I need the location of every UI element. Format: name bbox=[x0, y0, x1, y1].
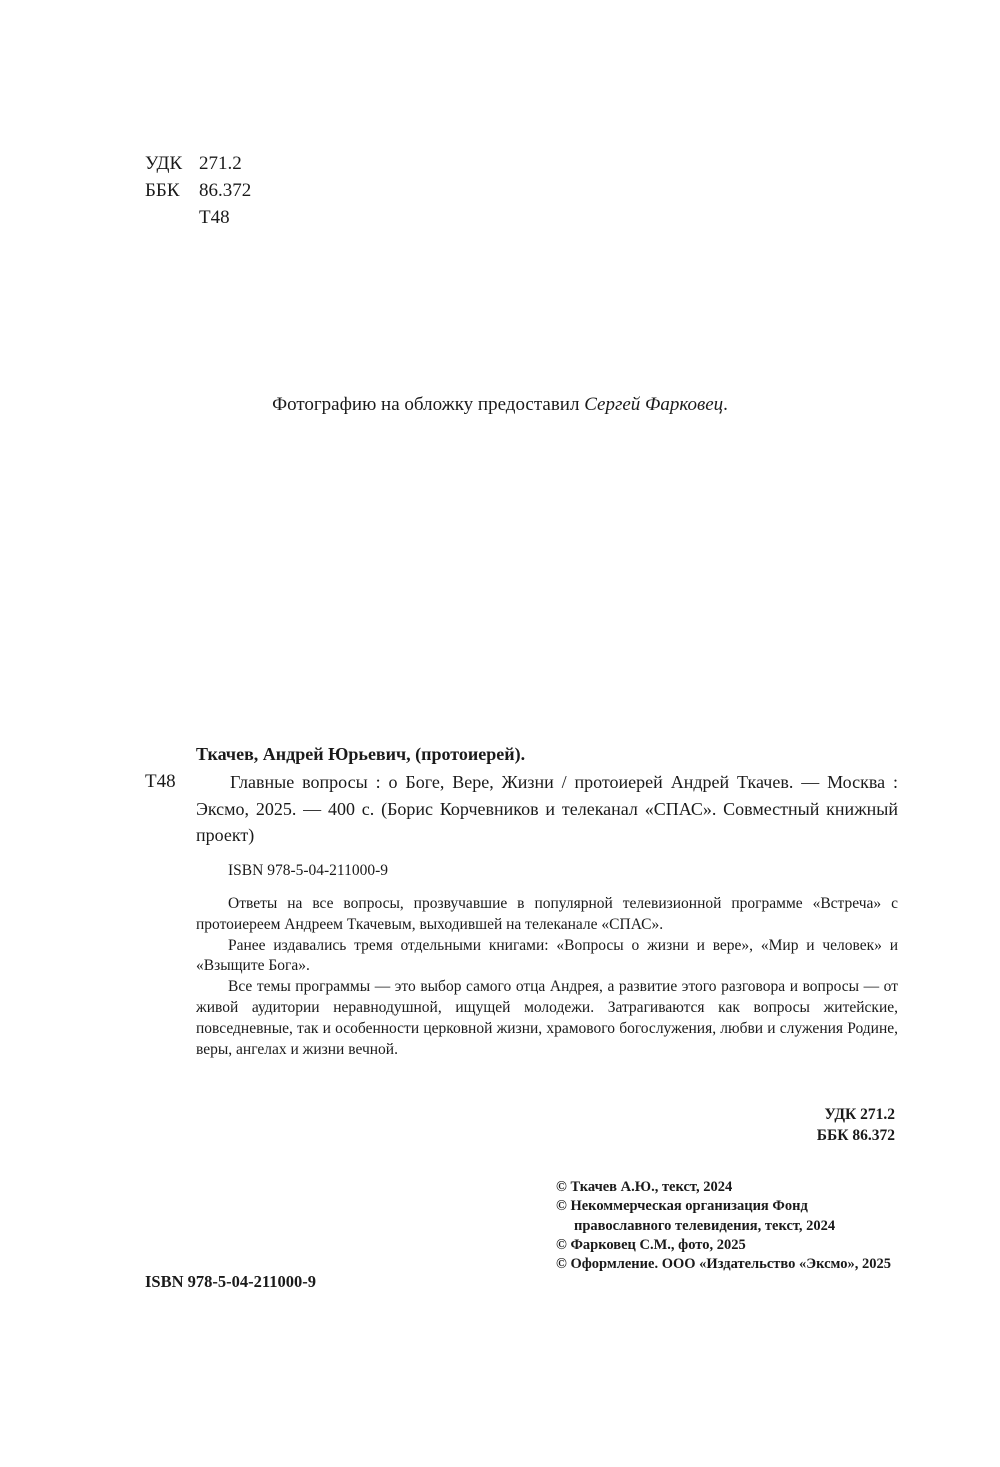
record-isbn: ISBN 978-5-04-211000-9 bbox=[228, 860, 388, 882]
annotation-paragraph: Ранее издавались тремя отдельными книгам… bbox=[196, 936, 898, 978]
annotation-paragraph: Ответы на все вопросы, прозвучавшие в по… bbox=[196, 894, 898, 936]
isbn-bottom: ISBN 978-5-04-211000-9 bbox=[145, 1271, 316, 1293]
udk-label: УДК bbox=[145, 150, 199, 177]
record-author-mark: Т48 bbox=[145, 769, 176, 795]
classification-block: УДК 271.2 ББК 86.372 Т48 bbox=[145, 150, 251, 231]
copyright-line: © Оформление. ООО «Издательство «Эксмо»,… bbox=[556, 1255, 906, 1274]
bbk-bottom: ББК 86.372 bbox=[600, 1125, 895, 1146]
bibliographic-description: Главные вопросы : о Боге, Вере, Жизни / … bbox=[196, 769, 898, 849]
copyright-line: © Ткачев А.Ю., текст, 2024 bbox=[556, 1178, 906, 1197]
copyright-line: © Некоммерческая организация Фонд правос… bbox=[556, 1197, 906, 1236]
udk-bottom: УДК 271.2 bbox=[600, 1104, 895, 1125]
bbk-row: ББК 86.372 bbox=[145, 177, 251, 204]
copyright-line: © Фарковец С.М., фото, 2025 bbox=[556, 1236, 906, 1255]
author-mark: Т48 bbox=[199, 204, 230, 231]
photographer-name: Сергей Фарковец bbox=[584, 394, 723, 415]
author-mark-row: Т48 bbox=[145, 204, 251, 231]
copyright-block: © Ткачев А.Ю., текст, 2024 © Некоммерчес… bbox=[556, 1178, 906, 1274]
annotation-paragraph: Все темы программы — это выбор самого от… bbox=[196, 977, 898, 1060]
classification-bottom: УДК 271.2 ББК 86.372 bbox=[600, 1104, 895, 1146]
author-heading: Ткачев, Андрей Юрьевич, (протоиерей). bbox=[196, 741, 525, 767]
udk-value: 271.2 bbox=[199, 150, 242, 177]
photo-credit: Фотографию на обложку предоставил Сергей… bbox=[0, 392, 1000, 418]
bbk-label: ББК bbox=[145, 177, 199, 204]
udk-row: УДК 271.2 bbox=[145, 150, 251, 177]
bbk-value: 86.372 bbox=[199, 177, 251, 204]
book-imprint-page: { "classification": { "udk_label": "УДК"… bbox=[0, 0, 1000, 1467]
annotation: Ответы на все вопросы, прозвучавшие в по… bbox=[196, 894, 898, 1060]
